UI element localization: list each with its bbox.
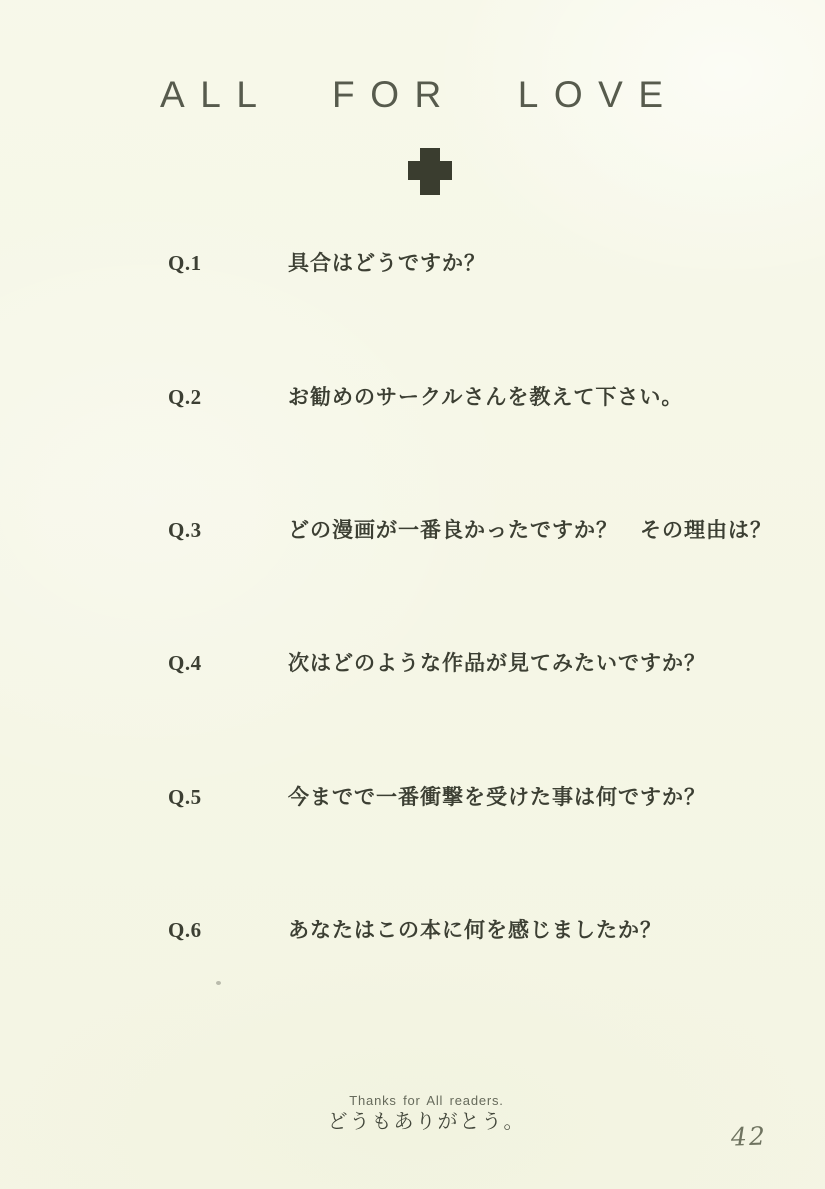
question-row-3: Q.3 どの漫画が一番良かったですか？ その理由は？	[0, 515, 825, 545]
question-label: Q.2	[168, 382, 202, 412]
question-label: Q.5	[168, 782, 202, 812]
plus-cross-horizontal-bar	[408, 161, 452, 180]
page-number: 42	[731, 1121, 768, 1151]
footer: Thanks for All readers. どうもありがとう。	[14, 1093, 825, 1134]
question-text: どの漫画が一番良かったですか？ その理由は？	[288, 515, 772, 545]
question-row-2: Q.2 お勧めのサークルさんを教えて下さい。	[0, 382, 825, 412]
question-row-5: Q.5 今までで一番衝撃を受けた事は何ですか？	[0, 782, 825, 812]
scanned-questionnaire-page: ALL FOR LOVE Q.1 具合はどうですか？ Q.2 お勧めのサークルさ…	[0, 0, 825, 1189]
question-text: あなたはこの本に何を感じましたか？	[288, 915, 662, 945]
question-label: Q.3	[168, 515, 202, 545]
question-text: お勧めのサークルさんを教えて下さい。	[288, 382, 683, 412]
plus-cross-icon	[408, 148, 452, 195]
question-row-6: Q.6 あなたはこの本に何を感じましたか？	[0, 915, 825, 945]
question-text: 次はどのような作品が見てみたいですか？	[288, 648, 706, 678]
question-row-1: Q.1 具合はどうですか？	[0, 248, 825, 278]
question-text: 今までで一番衝撃を受けた事は何ですか？	[288, 782, 706, 812]
question-label: Q.6	[168, 915, 202, 945]
question-text: 具合はどうですか？	[288, 248, 486, 278]
question-row-4: Q.4 次はどのような作品が見てみたいですか？	[0, 648, 825, 678]
question-label: Q.1	[168, 248, 202, 278]
footer-thanks-english: Thanks for All readers.	[14, 1093, 825, 1109]
question-label: Q.4	[168, 648, 202, 678]
page-title: ALL FOR LOVE	[160, 76, 679, 113]
footer-thanks-japanese: どうもありがとう。	[14, 1110, 825, 1134]
scan-artifact-speck	[216, 981, 221, 985]
